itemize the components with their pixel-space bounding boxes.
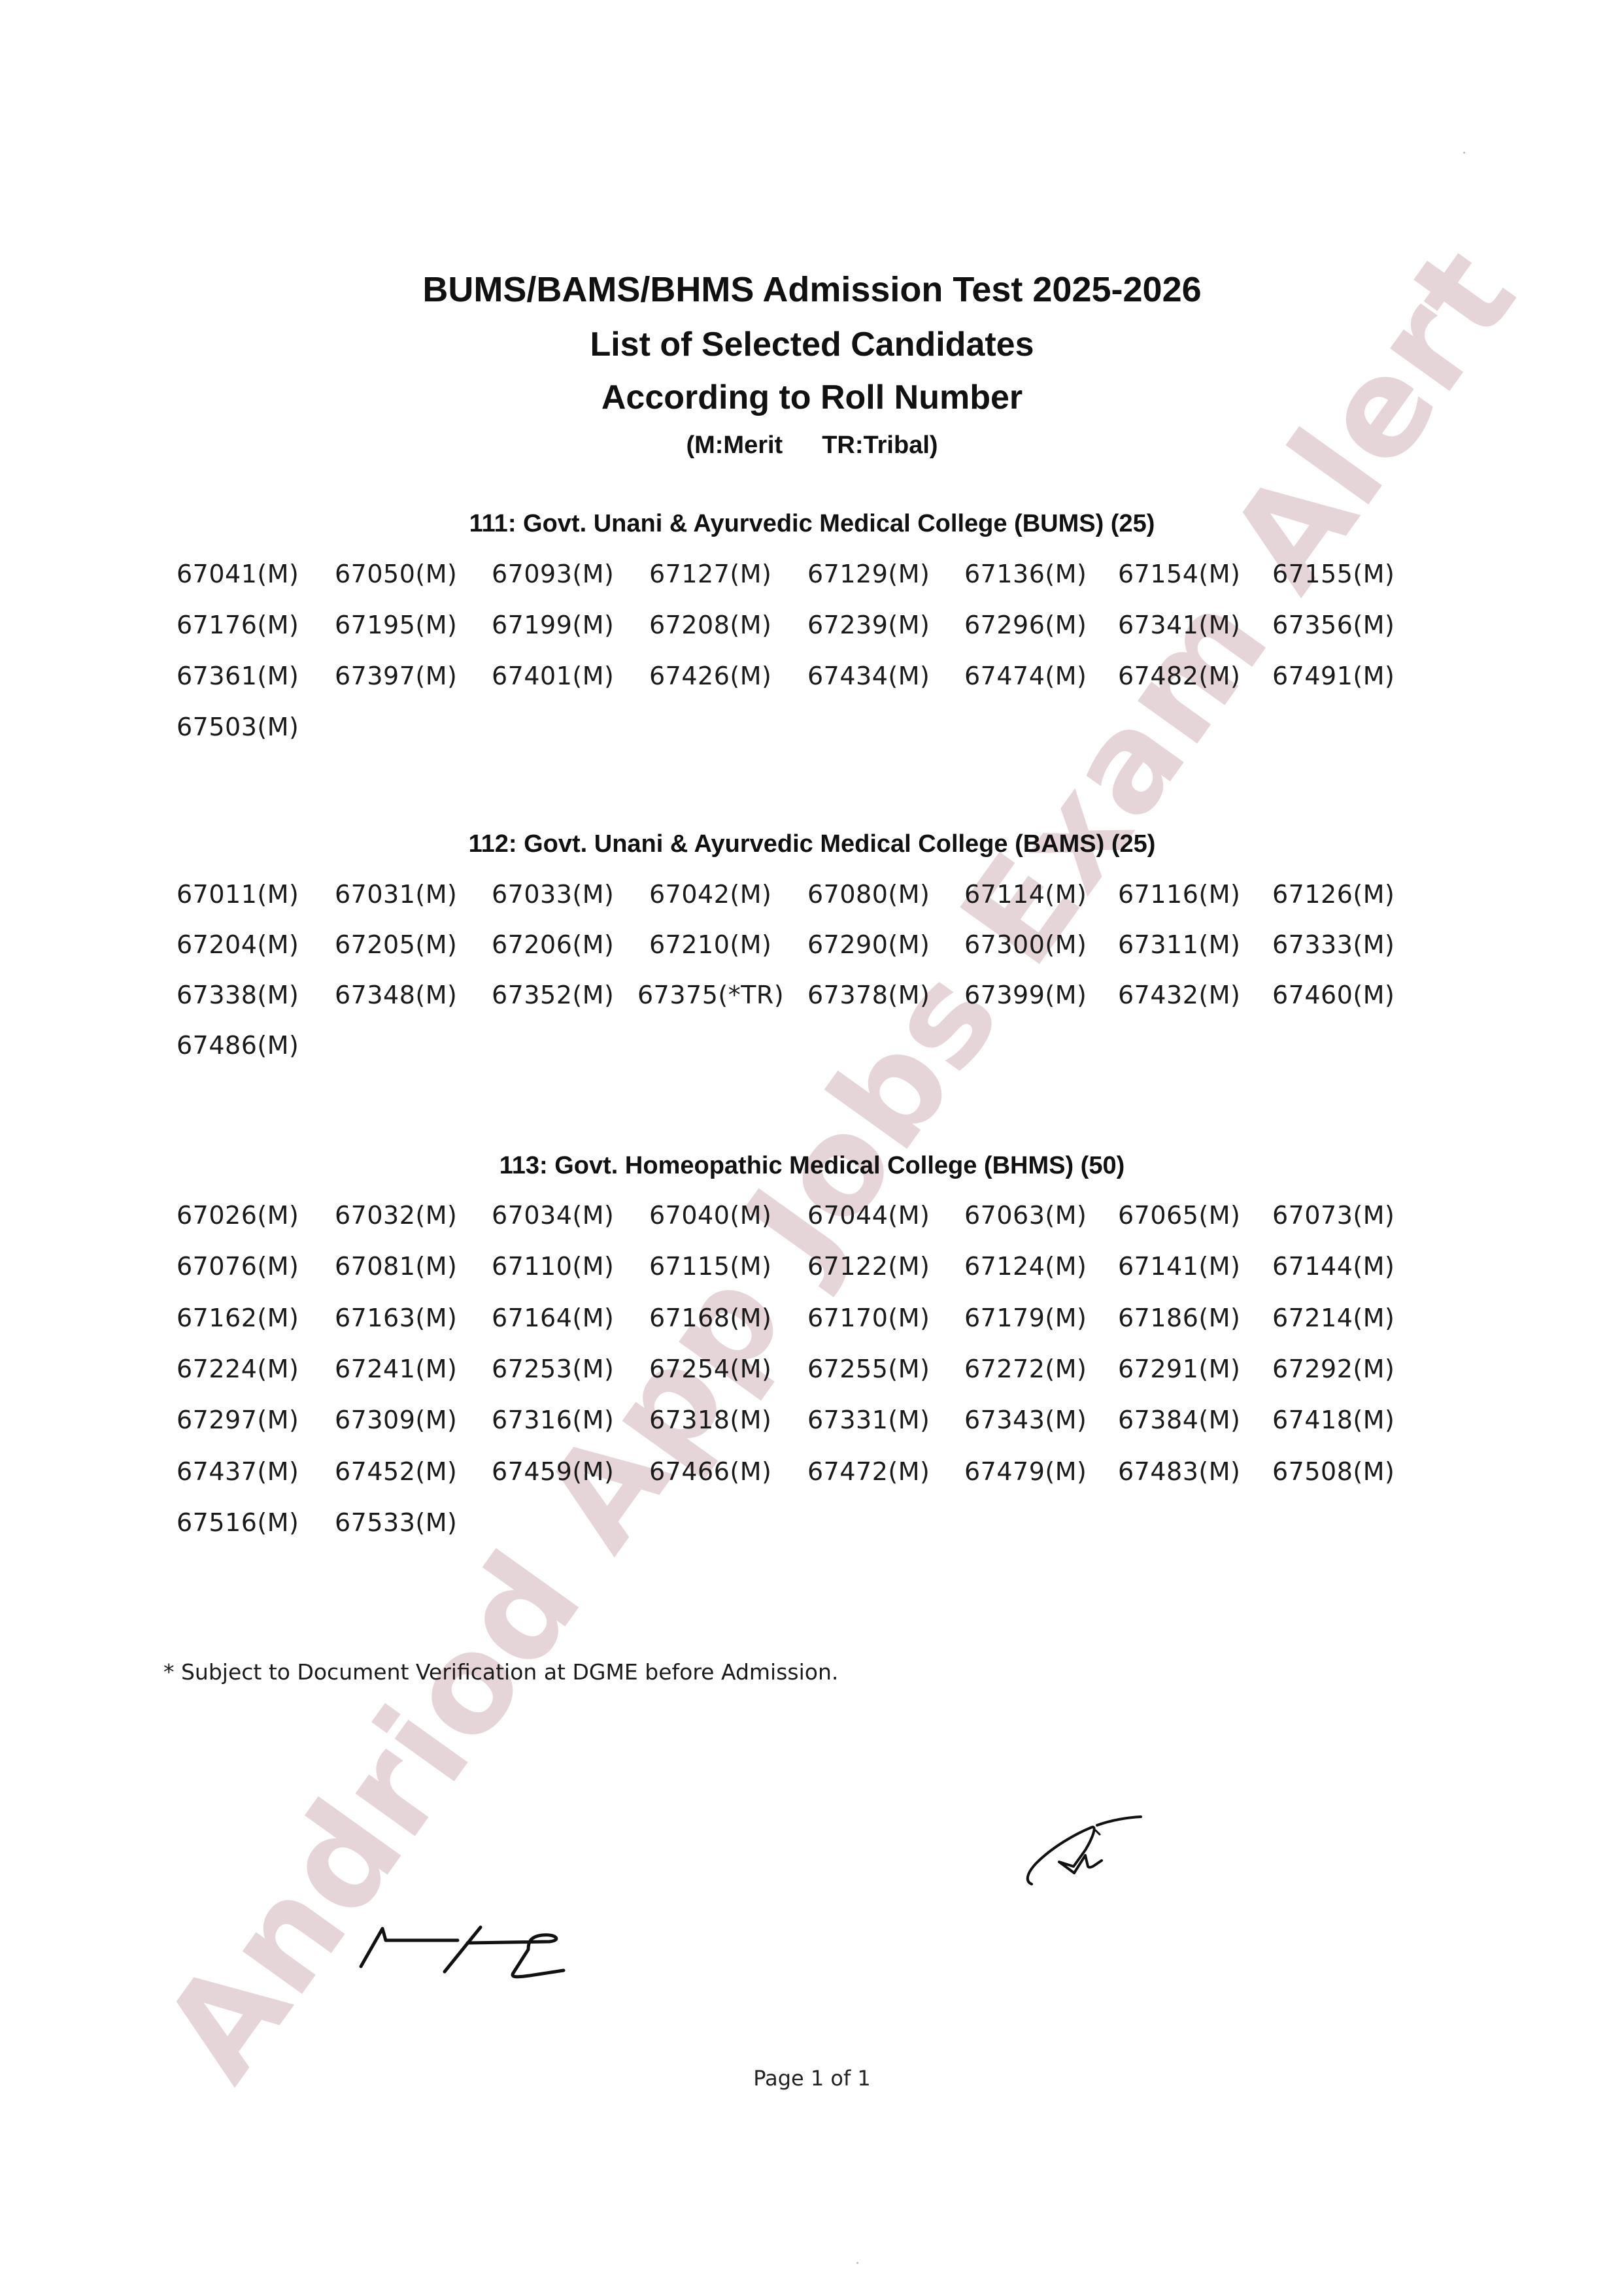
- candidate-roll-number: 67162(M): [177, 1304, 299, 1332]
- candidate-roll-number: 67141(M): [1118, 1252, 1240, 1281]
- candidate-roll-number: 67375(*TR): [637, 981, 784, 1009]
- section-heading-111: 111: Govt. Unani & Ayurvedic Medical Col…: [0, 510, 1624, 538]
- candidate-roll-number: 67205(M): [335, 930, 457, 959]
- candidate-roll-number: 67503(M): [177, 713, 299, 741]
- candidate-roll-number: 67073(M): [1272, 1201, 1395, 1230]
- signature-left: [353, 1915, 575, 1994]
- candidate-roll-number: 67338(M): [177, 981, 299, 1009]
- candidate-roll-number: 67291(M): [1118, 1355, 1240, 1383]
- candidate-roll-number: 67341(M): [1118, 611, 1240, 639]
- legend-merit: (M:Merit: [686, 431, 783, 459]
- candidate-roll-number: 67533(M): [335, 1508, 457, 1537]
- candidate-roll-number: 67459(M): [492, 1457, 614, 1486]
- candidate-roll-number: 67292(M): [1272, 1355, 1395, 1383]
- candidate-roll-number: 67076(M): [177, 1252, 299, 1281]
- document-title: BUMS/BAMS/BHMS Admission Test 2025-2026: [0, 269, 1624, 310]
- candidate-roll-number: 67214(M): [1272, 1304, 1395, 1332]
- candidate-roll-number: 67384(M): [1118, 1406, 1240, 1434]
- candidate-roll-number: 67352(M): [492, 981, 614, 1009]
- candidate-roll-number: 67361(M): [177, 662, 299, 690]
- page-number: Page 1 of 1: [0, 2066, 1624, 2091]
- candidate-roll-number: 67065(M): [1118, 1201, 1240, 1230]
- candidate-roll-number: 67204(M): [177, 930, 299, 959]
- candidate-roll-number: 67011(M): [177, 880, 299, 909]
- candidate-roll-number: 67479(M): [964, 1457, 1087, 1486]
- candidate-roll-number: 67155(M): [1272, 560, 1395, 588]
- candidate-roll-number: 67063(M): [964, 1201, 1087, 1230]
- candidate-roll-number: 67272(M): [964, 1355, 1087, 1383]
- candidate-roll-number: 67460(M): [1272, 981, 1395, 1009]
- candidate-roll-number: 67397(M): [335, 662, 457, 690]
- candidate-roll-number: 67253(M): [492, 1355, 614, 1383]
- candidate-roll-number: 67168(M): [649, 1304, 771, 1332]
- candidate-roll-number: 67199(M): [492, 611, 614, 639]
- legend-tribal: TR:Tribal): [822, 431, 938, 459]
- candidate-roll-number: 67333(M): [1272, 930, 1395, 959]
- candidate-roll-number: 67316(M): [492, 1406, 614, 1434]
- candidate-roll-number: 67080(M): [807, 880, 930, 909]
- candidate-roll-number: 67254(M): [649, 1355, 771, 1383]
- document-page: Andriod App Jobs Exam Alert BUMS/BAMS/BH…: [0, 0, 1624, 2294]
- candidate-roll-number: 67144(M): [1272, 1252, 1395, 1281]
- candidate-roll-number: 67482(M): [1118, 662, 1240, 690]
- candidate-roll-number: 67434(M): [807, 662, 930, 690]
- candidate-roll-number: 67311(M): [1118, 930, 1240, 959]
- candidate-roll-number: 67483(M): [1118, 1457, 1240, 1486]
- candidate-roll-number: 67399(M): [964, 981, 1087, 1009]
- candidate-roll-number: 67127(M): [649, 560, 771, 588]
- candidate-roll-number: 67170(M): [807, 1304, 930, 1332]
- candidate-roll-number: 67093(M): [492, 560, 614, 588]
- candidate-roll-number: 67040(M): [649, 1201, 771, 1230]
- candidate-roll-number: 67116(M): [1118, 880, 1240, 909]
- document-subtitle: List of Selected Candidates: [0, 325, 1624, 364]
- candidate-roll-number: 67114(M): [964, 880, 1087, 909]
- candidate-roll-number: 67491(M): [1272, 662, 1395, 690]
- candidate-roll-number: 67356(M): [1272, 611, 1395, 639]
- candidate-roll-number: 67115(M): [649, 1252, 771, 1281]
- candidate-roll-number: 67122(M): [807, 1252, 930, 1281]
- signature-right: [1020, 1811, 1144, 1896]
- candidate-roll-number: 67296(M): [964, 611, 1087, 639]
- candidate-roll-number: 67044(M): [807, 1201, 930, 1230]
- candidate-roll-number: 67195(M): [335, 611, 457, 639]
- candidate-roll-number: 67255(M): [807, 1355, 930, 1383]
- verification-note: * Subject to Document Verification at DG…: [163, 1659, 838, 1685]
- candidate-roll-number: 67081(M): [335, 1252, 457, 1281]
- candidate-roll-number: 67486(M): [177, 1031, 299, 1060]
- candidate-roll-number: 67179(M): [964, 1304, 1087, 1332]
- candidate-roll-number: 67129(M): [807, 560, 930, 588]
- candidate-roll-number: 67472(M): [807, 1457, 930, 1486]
- candidate-roll-number: 67426(M): [649, 662, 771, 690]
- candidate-roll-number: 67309(M): [335, 1406, 457, 1434]
- candidate-roll-number: 67224(M): [177, 1355, 299, 1383]
- document-content: BUMS/BAMS/BHMS Admission Test 2025-2026 …: [0, 0, 1624, 2294]
- candidate-roll-number: 67241(M): [335, 1355, 457, 1383]
- candidate-roll-number: 67297(M): [177, 1406, 299, 1434]
- candidate-roll-number: 67378(M): [807, 981, 930, 1009]
- candidate-roll-number: 67401(M): [492, 662, 614, 690]
- candidate-roll-number: 67239(M): [807, 611, 930, 639]
- candidate-roll-number: 67164(M): [492, 1304, 614, 1332]
- candidate-roll-number: 67348(M): [335, 981, 457, 1009]
- candidate-roll-number: 67474(M): [964, 662, 1087, 690]
- section-heading-112: 112: Govt. Unani & Ayurvedic Medical Col…: [0, 830, 1624, 858]
- candidate-roll-number: 67437(M): [177, 1457, 299, 1486]
- candidate-roll-number: 67124(M): [964, 1252, 1087, 1281]
- section-heading-113: 113: Govt. Homeopathic Medical College (…: [0, 1152, 1624, 1180]
- legend: (M:MeritTR:Tribal): [0, 431, 1624, 460]
- candidate-roll-number: 67290(M): [807, 930, 930, 959]
- candidate-roll-number: 67031(M): [335, 880, 457, 909]
- candidate-roll-number: 67300(M): [964, 930, 1087, 959]
- candidate-roll-number: 67041(M): [177, 560, 299, 588]
- candidate-roll-number: 67026(M): [177, 1201, 299, 1230]
- candidate-roll-number: 67032(M): [335, 1201, 457, 1230]
- candidate-roll-number: 67154(M): [1118, 560, 1240, 588]
- candidate-roll-number: 67126(M): [1272, 880, 1395, 909]
- candidate-roll-number: 67050(M): [335, 560, 457, 588]
- candidate-roll-number: 67206(M): [492, 930, 614, 959]
- candidate-roll-number: 67208(M): [649, 611, 771, 639]
- candidate-roll-number: 67432(M): [1118, 981, 1240, 1009]
- candidate-roll-number: 67452(M): [335, 1457, 457, 1486]
- candidate-roll-number: 67136(M): [964, 560, 1087, 588]
- scan-speck: [1463, 152, 1465, 154]
- candidate-roll-number: 67318(M): [649, 1406, 771, 1434]
- candidate-roll-number: 67516(M): [177, 1508, 299, 1537]
- candidate-roll-number: 67042(M): [649, 880, 771, 909]
- candidate-roll-number: 67186(M): [1118, 1304, 1240, 1332]
- candidate-roll-number: 67110(M): [492, 1252, 614, 1281]
- candidate-roll-number: 67343(M): [964, 1406, 1087, 1434]
- ordering-caption: According to Roll Number: [0, 378, 1624, 417]
- candidate-roll-number: 67163(M): [335, 1304, 457, 1332]
- candidate-roll-number: 67176(M): [177, 611, 299, 639]
- candidate-roll-number: 67331(M): [807, 1406, 930, 1434]
- candidate-roll-number: 67466(M): [649, 1457, 771, 1486]
- candidate-roll-number: 67508(M): [1272, 1457, 1395, 1486]
- candidate-roll-number: 67210(M): [649, 930, 771, 959]
- candidate-roll-number: 67034(M): [492, 1201, 614, 1230]
- candidate-roll-number: 67033(M): [492, 880, 614, 909]
- candidate-roll-number: 67418(M): [1272, 1406, 1395, 1434]
- scan-speck: [856, 2262, 858, 2264]
